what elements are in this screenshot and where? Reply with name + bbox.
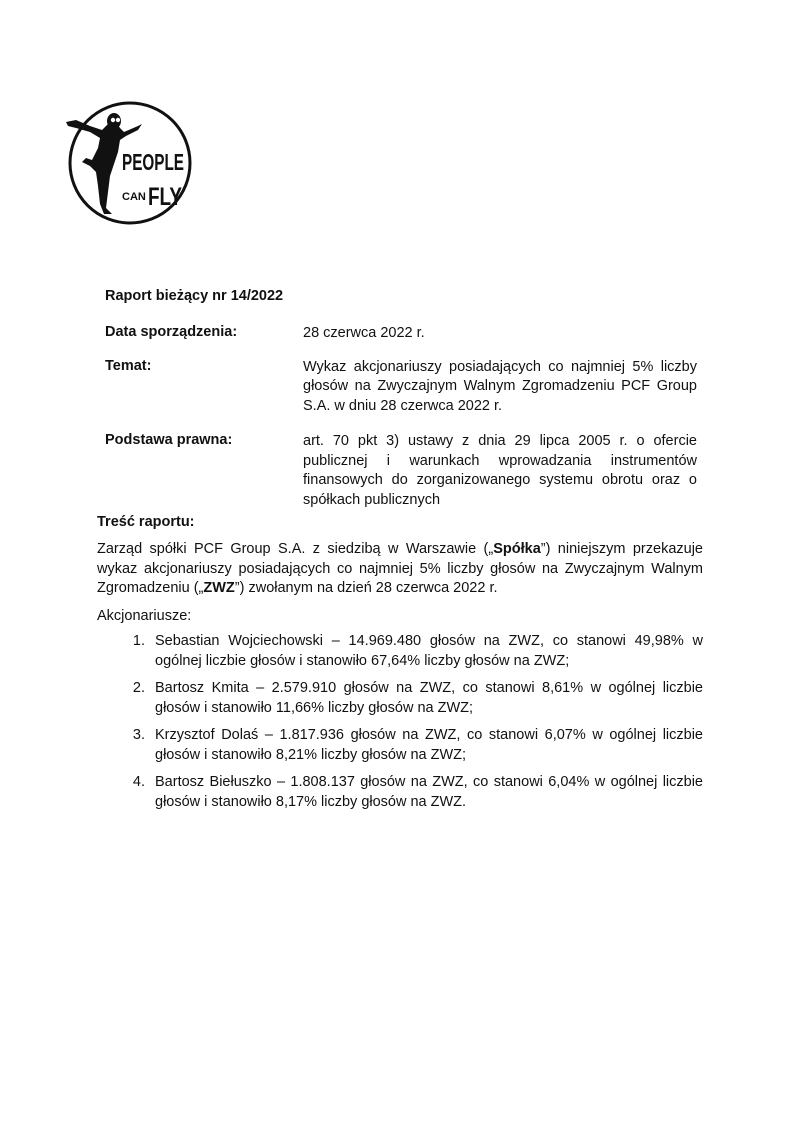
list-number: 4. — [97, 773, 145, 812]
list-item: 4. Bartosz Biełuszko – 1.808.137 głosów … — [97, 773, 703, 812]
legal-basis-value: art. 70 pkt 3) ustawy z dnia 29 lipca 20… — [303, 432, 697, 510]
intro-term-company: Spółka — [493, 541, 541, 557]
subject-value: Wykaz akcjonariuszy posiadających co naj… — [303, 358, 697, 417]
list-number: 1. — [97, 632, 145, 671]
meta-row-legal-basis: Podstawa prawna: art. 70 pkt 3) ustawy z… — [105, 432, 697, 510]
list-number: 2. — [97, 679, 145, 718]
svg-text:FLY: FLY — [148, 183, 182, 211]
list-item: 3. Krzysztof Dolaś – 1.817.936 głosów na… — [97, 726, 703, 765]
shareholders-list: 1. Sebastian Wojciechowski – 14.969.480 … — [97, 632, 703, 812]
date-value: 28 czerwca 2022 r. — [303, 324, 697, 344]
intro-paragraph: Zarząd spółki PCF Group S.A. z siedzibą … — [97, 540, 703, 599]
list-text: Krzysztof Dolaś – 1.817.936 głosów na ZW… — [145, 726, 703, 765]
report-content: Treść raportu: Zarząd spółki PCF Group S… — [97, 514, 703, 820]
list-text: Bartosz Kmita – 2.579.910 głosów na ZWZ,… — [145, 679, 703, 718]
shareholders-label: Akcjonariusze: — [97, 607, 703, 627]
svg-text:PEOPLE: PEOPLE — [122, 149, 184, 175]
list-number: 3. — [97, 726, 145, 765]
intro-term-zwz: ZWZ — [203, 580, 234, 596]
subject-label: Temat: — [105, 358, 303, 417]
intro-text-1: Zarząd spółki PCF Group S.A. z siedzibą … — [97, 541, 493, 557]
intro-text-3: ”) zwołanym na dzień 28 czerwca 2022 r. — [235, 580, 498, 596]
people-can-fly-logo: PEOPLE CAN FLY — [62, 100, 194, 226]
flying-figure-logo-icon: PEOPLE CAN FLY — [62, 100, 194, 226]
report-number: Raport bieżący nr 14/2022 — [105, 288, 697, 308]
legal-basis-label: Podstawa prawna: — [105, 432, 303, 510]
meta-row-date: Data sporządzenia: 28 czerwca 2022 r. — [105, 324, 697, 344]
meta-row-subject: Temat: Wykaz akcjonariuszy posiadających… — [105, 358, 697, 417]
content-title: Treść raportu: — [97, 514, 703, 530]
svg-text:CAN: CAN — [122, 191, 146, 203]
list-item: 1. Sebastian Wojciechowski – 14.969.480 … — [97, 632, 703, 671]
list-text: Sebastian Wojciechowski – 14.969.480 gło… — [145, 632, 703, 671]
list-text: Bartosz Biełuszko – 1.808.137 głosów na … — [145, 773, 703, 812]
list-item: 2. Bartosz Kmita – 2.579.910 głosów na Z… — [97, 679, 703, 718]
date-label: Data sporządzenia: — [105, 324, 303, 344]
report-header: Raport bieżący nr 14/2022 Data sporządze… — [105, 288, 697, 510]
